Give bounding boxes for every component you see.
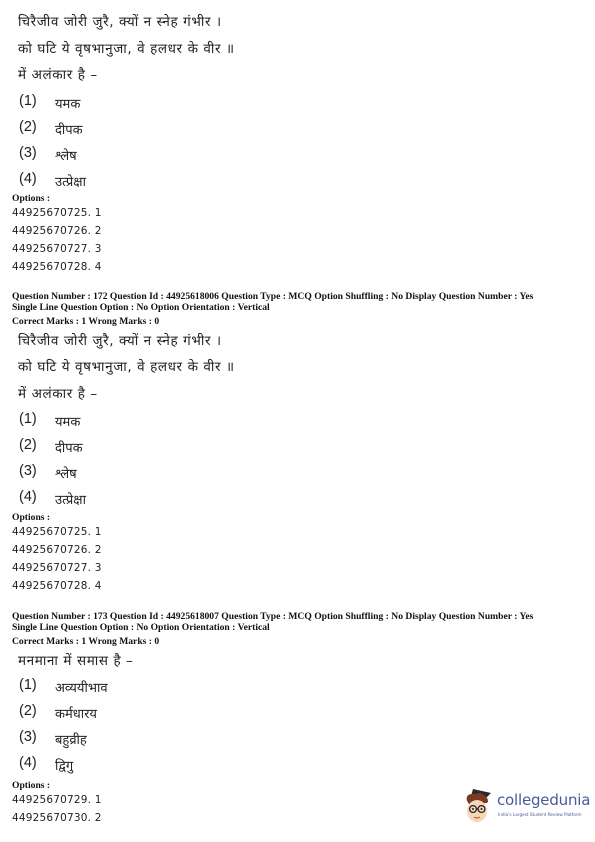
brand-tagline: India's Largest Student Review Platform [498, 812, 582, 817]
choice-number: (1) [19, 93, 37, 109]
question-text-line: में अलंकार है – [18, 65, 98, 83]
choice-number: (2) [19, 437, 37, 453]
question-text-line: चिरैजीव जोरी जुरै, क्यों न स्नेह गंभीर । [18, 12, 222, 30]
choice-label: कर्मधारय [55, 704, 97, 722]
marks-info: Correct Marks : 1 Wrong Marks : 0 [12, 317, 159, 328]
marks-info: Correct Marks : 1 Wrong Marks : 0 [12, 637, 159, 648]
question-header: Question Number : 172 Question Id : 4492… [12, 292, 533, 303]
option-id: 44925670730. 2 [12, 812, 102, 824]
question-text-line: चिरैजीव जोरी जुरै, क्यों न स्नेह गंभीर । [18, 331, 222, 349]
choice-number: (1) [19, 411, 37, 427]
choice-label: यमक [55, 94, 80, 112]
option-id: 44925670729. 1 [12, 794, 102, 806]
question-header-line2: Single Line Question Option : No Option … [12, 303, 270, 314]
choice-number: (2) [19, 119, 37, 135]
option-id: 44925670726. 2 [12, 544, 102, 556]
option-id: 44925670726. 2 [12, 225, 102, 237]
choice-number: (3) [19, 729, 37, 745]
options-heading: Options : [12, 194, 50, 205]
option-id: 44925670728. 4 [12, 261, 102, 273]
question-header-line2: Single Line Question Option : No Option … [12, 623, 270, 634]
choice-number: (4) [19, 171, 37, 187]
question-text-line: में अलंकार है – [18, 384, 98, 402]
choice-label: बहुव्रीह [55, 730, 87, 748]
question-text-line: मनमाना में समास है – [18, 651, 134, 669]
option-id: 44925670725. 1 [12, 526, 102, 538]
choice-label: श्लेष [55, 146, 77, 164]
choice-label: श्लेष [55, 464, 77, 482]
choice-label: उत्प्रेक्षा [55, 490, 86, 508]
choice-number: (2) [19, 703, 37, 719]
question-text-line: को घटि ये वृषभानुजा, वे हलधर के वीर ॥ [18, 39, 235, 57]
choice-label: दीपक [55, 120, 83, 138]
option-id: 44925670728. 4 [12, 580, 102, 592]
question-text-line: को घटि ये वृषभानुजा, वे हलधर के वीर ॥ [18, 357, 235, 375]
option-id: 44925670727. 3 [12, 562, 102, 574]
collegedunia-watermark: collegedunia India's Largest Student Rev… [459, 787, 589, 827]
option-id: 44925670727. 3 [12, 243, 102, 255]
question-header: Question Number : 173 Question Id : 4492… [12, 612, 533, 623]
choice-number: (1) [19, 677, 37, 693]
choice-label: उत्प्रेक्षा [55, 172, 86, 190]
options-heading: Options : [12, 513, 50, 524]
choice-number: (3) [19, 463, 37, 479]
brand-name: collegedunia [497, 791, 590, 809]
option-id: 44925670725. 1 [12, 207, 102, 219]
choice-number: (3) [19, 145, 37, 161]
mascot-icon [461, 787, 495, 825]
choice-label: द्विगु [55, 756, 73, 774]
choice-number: (4) [19, 755, 37, 771]
options-heading: Options : [12, 781, 50, 792]
choice-label: यमक [55, 412, 80, 430]
choice-number: (4) [19, 489, 37, 505]
choice-label: दीपक [55, 438, 83, 456]
choice-label: अव्ययीभाव [55, 678, 108, 696]
